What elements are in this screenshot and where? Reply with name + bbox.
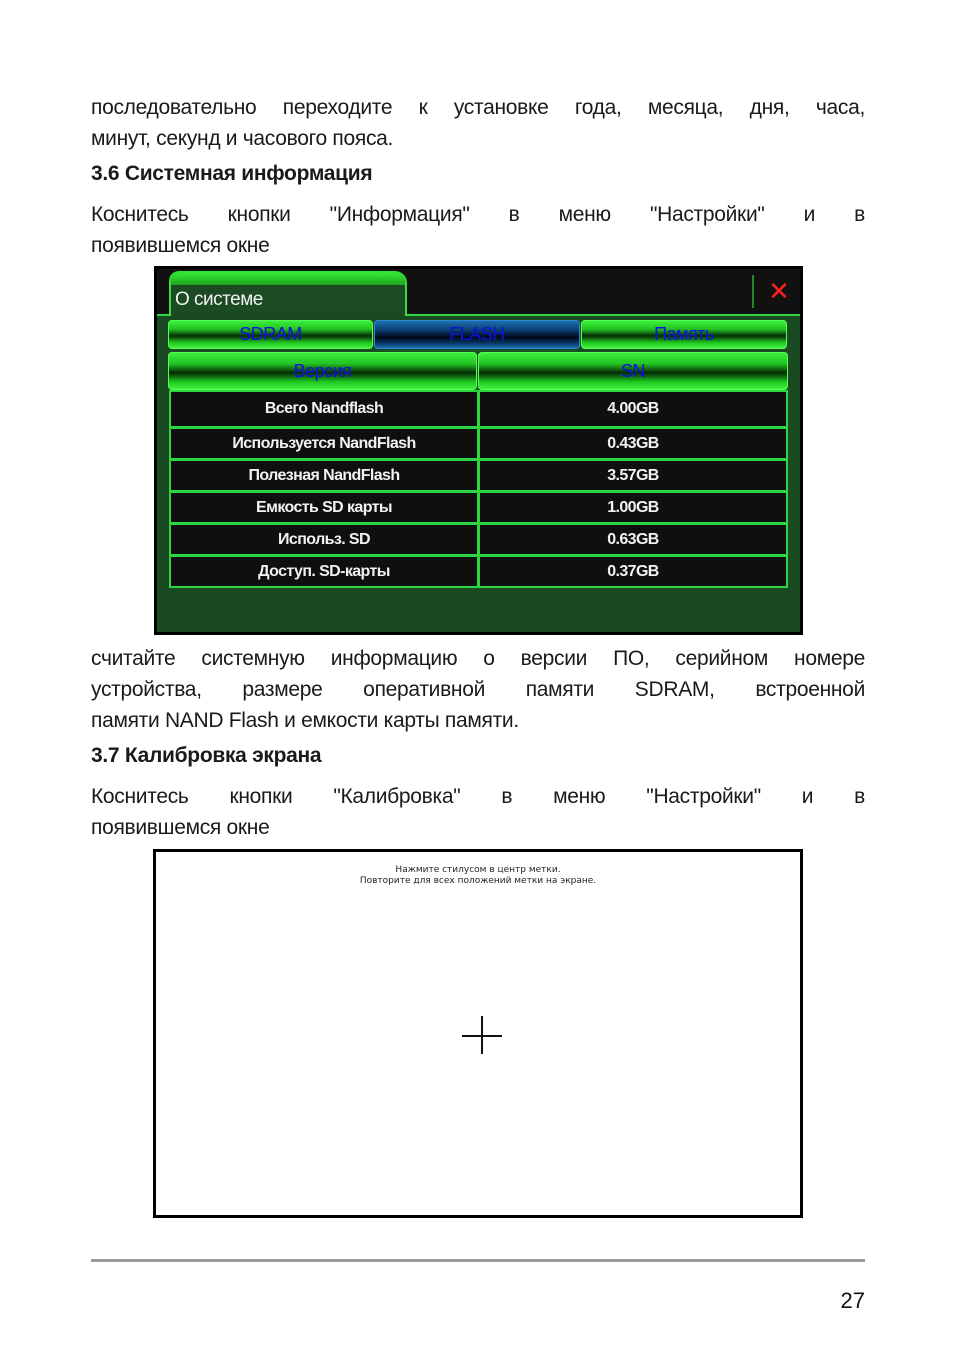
table-row: Используется NandFlash 0.43GB xyxy=(170,428,788,460)
section-3-6-after-line-2: устройства, размере оперативной памяти S… xyxy=(91,674,865,705)
row-label: Доступ. SD-карты xyxy=(169,555,479,588)
table-row: Использ. SD 0.63GB xyxy=(170,524,788,556)
table-row: Полезная NandFlash 3.57GB xyxy=(170,460,788,492)
section-3-6-after-line-3: памяти NAND Flash и емкости карты памяти… xyxy=(91,705,865,736)
row-value: 3.57GB xyxy=(478,459,788,492)
section-3-6-after-line-1: считайте системную информацию о версии П… xyxy=(91,643,865,674)
row-value: 0.63GB xyxy=(478,523,788,556)
calibration-instruction-2: Повторите для всех положений метки на эк… xyxy=(156,876,800,887)
calibration-instructions: Нажмите стилусом в центр метки. Повторит… xyxy=(156,865,800,887)
tab-sdram[interactable]: SDRAM xyxy=(168,320,373,349)
row-value: 1.00GB xyxy=(478,491,788,524)
section-heading-3-7: 3.7 Калибровка экрана xyxy=(91,744,321,768)
section-heading-3-6: 3.6 Системная информация xyxy=(91,162,372,186)
row-value: 4.00GB xyxy=(478,390,788,428)
window-title: О системе xyxy=(175,289,263,311)
tab-flash[interactable]: FLASH xyxy=(374,320,580,349)
calibration-screen[interactable]: Нажмите стилусом в центр метки. Повторит… xyxy=(153,849,803,1218)
row-label: Полезная NandFlash xyxy=(169,459,479,492)
tab-serial-number[interactable]: SN xyxy=(478,352,788,390)
table-row: Всего Nandflash 4.00GB xyxy=(170,391,788,428)
system-info-window: О системе ✕ SDRAM FLASH Память Версия SN… xyxy=(154,266,803,635)
section-3-6-text-line-2: появившемся окне xyxy=(91,230,865,261)
intro-line-2: минут, секунд и часового пояса. xyxy=(91,123,865,154)
page-number: 27 xyxy=(841,1288,865,1314)
row-label: Емкость SD карты xyxy=(169,491,479,524)
section-3-6-text-line-1: Коснитесь кнопки "Информация" в меню "На… xyxy=(91,199,865,230)
calibration-instruction-1: Нажмите стилусом в центр метки. xyxy=(156,865,800,876)
intro-line-1: последовательно переходите к установке г… xyxy=(91,92,865,123)
table-row: Емкость SD карты 1.00GB xyxy=(170,492,788,524)
table-row: Доступ. SD-карты 0.37GB xyxy=(170,556,788,588)
tab-version[interactable]: Версия xyxy=(168,352,477,390)
crosshair-vertical xyxy=(481,1016,483,1054)
title-divider xyxy=(752,275,754,308)
section-3-7-text-line-1: Коснитесь кнопки "Калибровка" в меню "На… xyxy=(91,781,865,812)
close-icon[interactable]: ✕ xyxy=(766,278,792,304)
row-label: Использ. SD xyxy=(169,523,479,556)
footer-divider xyxy=(91,1259,865,1262)
row-value: 0.43GB xyxy=(478,427,788,460)
window-title-tab: О системе xyxy=(169,271,407,316)
row-label: Всего Nandflash xyxy=(169,390,479,428)
flash-info-table: Всего Nandflash 4.00GB Используется Nand… xyxy=(170,391,788,588)
row-value: 0.37GB xyxy=(478,555,788,588)
section-3-7-text-line-2: появившемся окне xyxy=(91,812,865,843)
row-label: Используется NandFlash xyxy=(169,427,479,460)
tab-memory[interactable]: Память xyxy=(581,320,787,349)
